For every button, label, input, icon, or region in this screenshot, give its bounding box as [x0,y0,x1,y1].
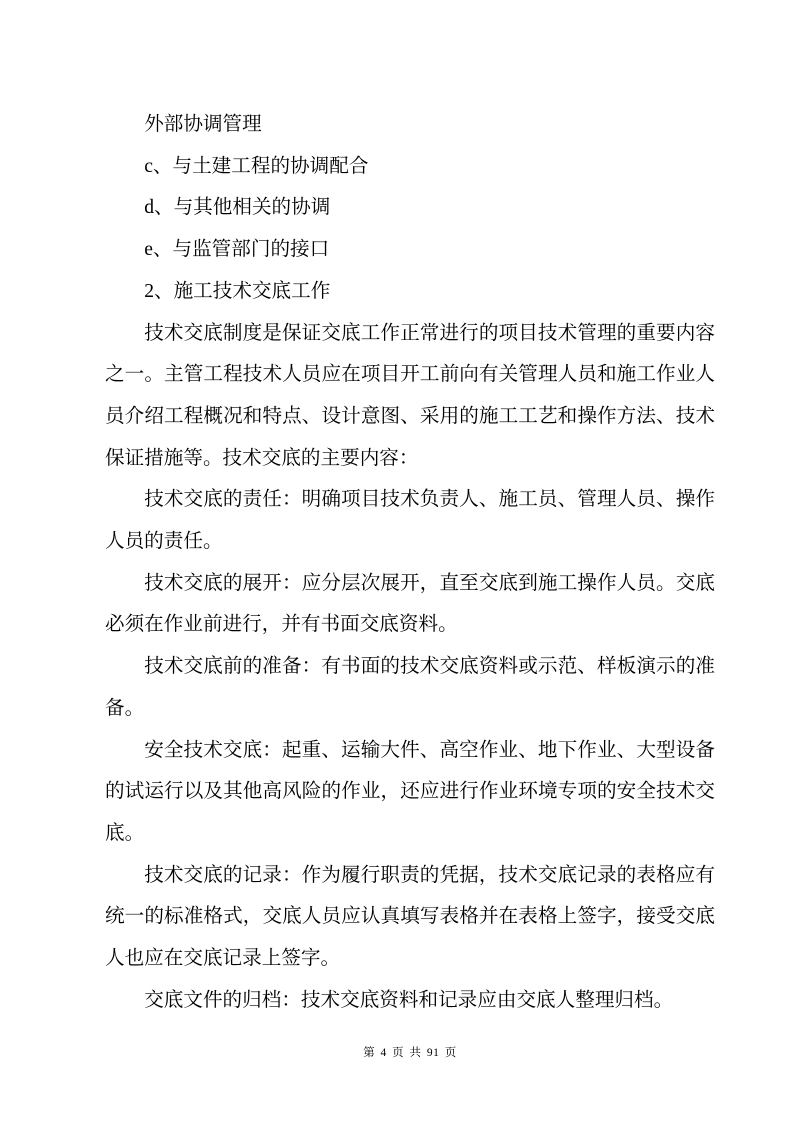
list-item-c: c、与土建工程的协调配合 [105,146,715,188]
paragraph-responsibility: 技术交底的责任：明确项目技术负责人、施工员、管理人员、操作人员的责任。 [105,479,715,562]
list-item-external-coordination: 外部协调管理 [105,104,715,146]
paragraph-intro: 技术交底制度是保证交底工作正常进行的项目技术管理的重要内容之一。主管工程技术人员… [105,313,715,480]
document-page: 外部协调管理 c、与土建工程的协调配合 d、与其他相关的协调 e、与监管部门的接… [0,0,793,1122]
list-item-e: e、与监管部门的接口 [105,229,715,271]
document-body: 外部协调管理 c、与土建工程的协调配合 d、与其他相关的协调 e、与监管部门的接… [105,104,715,1021]
paragraph-safety: 安全技术交底：起重、运输大件、高空作业、地下作业、大型设备的试运行以及其他高风险… [105,730,715,855]
paragraph-expansion: 技术交底的展开：应分层次展开，直至交底到施工操作人员。交底必须在作业前进行，并有… [105,563,715,646]
paragraph-preparation: 技术交底前的准备：有书面的技术交底资料或示范、样板演示的准备。 [105,646,715,729]
list-item-d: d、与其他相关的协调 [105,187,715,229]
paragraph-record: 技术交底的记录：作为履行职责的凭据，技术交底记录的表格应有统一的标准格式，交底人… [105,855,715,980]
heading-item-2: 2、施工技术交底工作 [105,271,715,313]
page-number-label: 第 4 页 共 91 页 [363,1047,457,1059]
page-footer: 第 4 页 共 91 页 [105,1046,715,1061]
paragraph-archive: 交底文件的归档：技术交底资料和记录应由交底人整理归档。 [105,980,715,1022]
